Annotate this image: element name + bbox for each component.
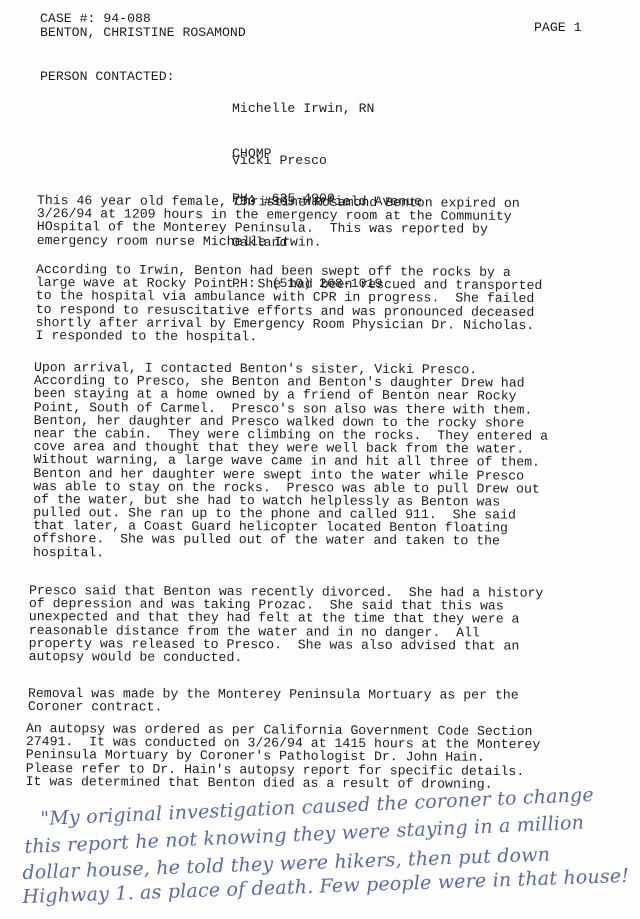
contact-name: Vicki Presco <box>232 154 422 168</box>
paragraph-irwin-account: According to Irwin, Benton had been swep… <box>36 263 636 346</box>
case-number-line: CASE #: 94-088 <box>40 12 151 25</box>
paragraph-background: Presco said that Benton was recently div… <box>29 584 629 666</box>
paragraph-summary: This 46 year old female, Christine Rosam… <box>37 194 637 250</box>
paragraph-line: hospital. <box>33 546 633 562</box>
document-page: CASE #: 94-088 BENTON, CHRISTINE ROSAMON… <box>0 0 640 919</box>
paragraph-presco-account: Upon arrival, I contacted Benton's siste… <box>33 361 634 562</box>
case-number: 94-088 <box>103 11 150 26</box>
paragraph-line: emergency room nurse Michelle Irwin. <box>37 234 637 251</box>
decedent-name: BENTON, CHRISTINE ROSAMOND <box>40 26 246 39</box>
contact-name: Michelle Irwin, RN <box>232 101 374 116</box>
page-number: PAGE 1 <box>534 21 581 34</box>
paragraph-line: offshore. She was pulled out of the wate… <box>33 532 633 548</box>
person-contacted-label: PERSON CONTACTED: <box>40 70 175 83</box>
paragraph-autopsy: An autopsy was ordered as per California… <box>26 722 626 792</box>
case-label: CASE #: <box>40 11 95 26</box>
paragraph-line: autopsy would be conducted. <box>29 650 629 666</box>
paragraph-removal: Removal was made by the Monterey Peninsu… <box>28 687 628 715</box>
paragraph-line: Coroner contract. <box>28 700 628 715</box>
